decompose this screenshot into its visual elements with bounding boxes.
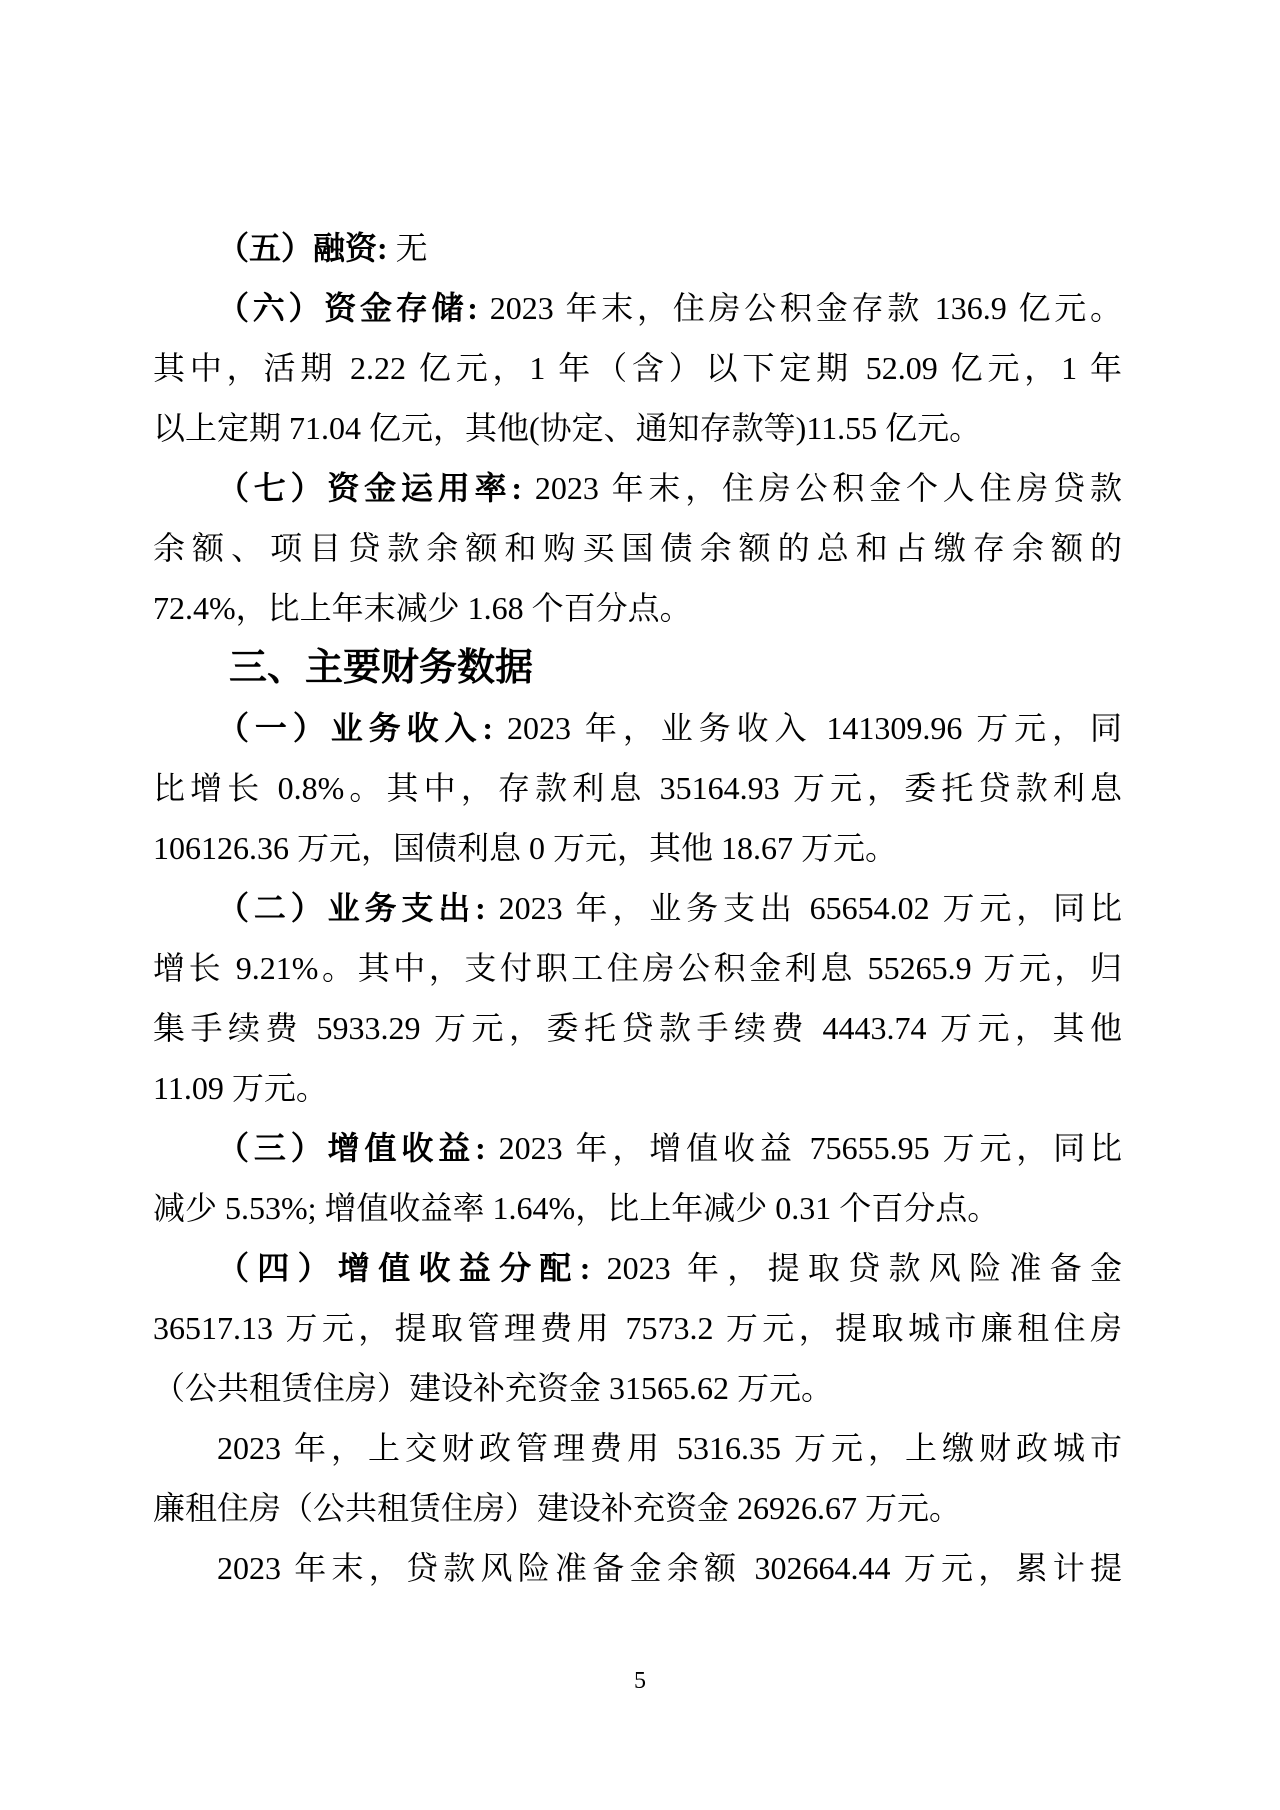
text-line: 72.4%，比上年末减少 1.68 个百分点。 <box>153 578 1122 638</box>
line-text: 增长 9.21%。其中，支付职工住房公积金利息 55265.9 万元，归 <box>153 950 1122 986</box>
line-text: 减少 5.53%; 增值收益率 1.64%，比上年减少 0.31 个百分点。 <box>153 1190 999 1226</box>
paragraph-label: （六）资金存储: <box>217 290 478 326</box>
text-line: 2023 年，上交财政管理费用 5316.35 万元，上缴财政城市 <box>153 1418 1122 1478</box>
line-text: 集手续费 5933.29 万元，委托贷款手续费 4443.74 万元，其他 <box>153 1010 1122 1046</box>
line-text: 2023 年末，住房公积金个人住房贷款 <box>522 470 1122 506</box>
line-text: 106126.36 万元，国债利息 0 万元，其他 18.67 万元。 <box>153 830 897 866</box>
paragraph-label: （七）资金运用率: <box>217 470 522 506</box>
document-page: （五）融资: 无（六）资金存储: 2023 年末，住房公积金存款 136.9 亿… <box>0 0 1280 1810</box>
text-line: 106126.36 万元，国债利息 0 万元，其他 18.67 万元。 <box>153 818 1122 878</box>
line-text: 72.4%，比上年末减少 1.68 个百分点。 <box>153 590 692 626</box>
line-text: 2023 年，业务支出 65654.02 万元，同比 <box>486 890 1122 926</box>
text-line: 廉租住房（公共租赁住房）建设补充资金 26926.67 万元。 <box>153 1478 1122 1538</box>
text-line: （公共租赁住房）建设补充资金 31565.62 万元。 <box>153 1358 1122 1418</box>
line-text: 2023 年，业务收入 141309.96 万元，同 <box>493 710 1122 746</box>
text-line: 增长 9.21%。其中，支付职工住房公积金利息 55265.9 万元，归 <box>153 938 1122 998</box>
text-line: 2023 年末，贷款风险准备金余额 302664.44 万元，累计提 <box>153 1538 1122 1598</box>
line-text: 2023 年，提取贷款风险准备金 <box>590 1250 1122 1286</box>
page-footer: 5 <box>0 1668 1280 1695</box>
text-line: 余额、项目贷款余额和购买国债余额的总和占缴存余额的 <box>153 518 1122 578</box>
section-heading: 三、主要财务数据 <box>153 638 1122 698</box>
line-text: （公共租赁住房）建设补充资金 31565.62 万元。 <box>153 1370 833 1406</box>
line-text: 2023 年，上交财政管理费用 5316.35 万元，上缴财政城市 <box>217 1430 1122 1466</box>
paragraph-label: （五）融资: <box>217 230 388 266</box>
line-text: 2023 年末，住房公积金存款 136.9 亿元。 <box>478 290 1122 326</box>
text-line: 11.09 万元。 <box>153 1058 1122 1118</box>
line-text: 余额、项目贷款余额和购买国债余额的总和占缴存余额的 <box>153 530 1122 566</box>
text-line: （四）增值收益分配: 2023 年，提取贷款风险准备金 <box>153 1238 1122 1298</box>
document-body: （五）融资: 无（六）资金存储: 2023 年末，住房公积金存款 136.9 亿… <box>153 218 1122 1598</box>
line-text: 廉租住房（公共租赁住房）建设补充资金 26926.67 万元。 <box>153 1490 961 1526</box>
text-line: （七）资金运用率: 2023 年末，住房公积金个人住房贷款 <box>153 458 1122 518</box>
line-text: 2023 年末，贷款风险准备金余额 302664.44 万元，累计提 <box>217 1550 1122 1586</box>
paragraph-label: （三）增值收益: <box>217 1130 486 1166</box>
page-number: 5 <box>634 1668 646 1694</box>
paragraph-label: （一）业务收入: <box>217 710 493 746</box>
text-line: 比增长 0.8%。其中，存款利息 35164.93 万元，委托贷款利息 <box>153 758 1122 818</box>
line-text: 比增长 0.8%。其中，存款利息 35164.93 万元，委托贷款利息 <box>153 770 1122 806</box>
text-line: 以上定期 71.04 亿元，其他(协定、通知存款等)11.55 亿元。 <box>153 398 1122 458</box>
text-line: （三）增值收益: 2023 年，增值收益 75655.95 万元，同比 <box>153 1118 1122 1178</box>
text-line: （一）业务收入: 2023 年，业务收入 141309.96 万元，同 <box>153 698 1122 758</box>
line-text: 其中，活期 2.22 亿元，1 年（含）以下定期 52.09 亿元，1 年 <box>153 350 1122 386</box>
text-line: （二）业务支出: 2023 年，业务支出 65654.02 万元，同比 <box>153 878 1122 938</box>
paragraph-label: （二）业务支出: <box>217 890 486 926</box>
line-text: 36517.13 万元，提取管理费用 7573.2 万元，提取城市廉租住房 <box>153 1310 1122 1346</box>
paragraph-label: （四）增值收益分配: <box>217 1250 590 1286</box>
text-line: （六）资金存储: 2023 年末，住房公积金存款 136.9 亿元。 <box>153 278 1122 338</box>
line-text: 三、主要财务数据 <box>229 647 533 689</box>
line-text: 11.09 万元。 <box>153 1070 328 1106</box>
text-line: 集手续费 5933.29 万元，委托贷款手续费 4443.74 万元，其他 <box>153 998 1122 1058</box>
line-text: 以上定期 71.04 亿元，其他(协定、通知存款等)11.55 亿元。 <box>153 410 981 446</box>
text-line: 36517.13 万元，提取管理费用 7573.2 万元，提取城市廉租住房 <box>153 1298 1122 1358</box>
text-line: 其中，活期 2.22 亿元，1 年（含）以下定期 52.09 亿元，1 年 <box>153 338 1122 398</box>
text-line: 减少 5.53%; 增值收益率 1.64%，比上年减少 0.31 个百分点。 <box>153 1178 1122 1238</box>
text-line: （五）融资: 无 <box>153 218 1122 278</box>
line-text: 无 <box>388 230 428 266</box>
line-text: 2023 年，增值收益 75655.95 万元，同比 <box>486 1130 1122 1166</box>
